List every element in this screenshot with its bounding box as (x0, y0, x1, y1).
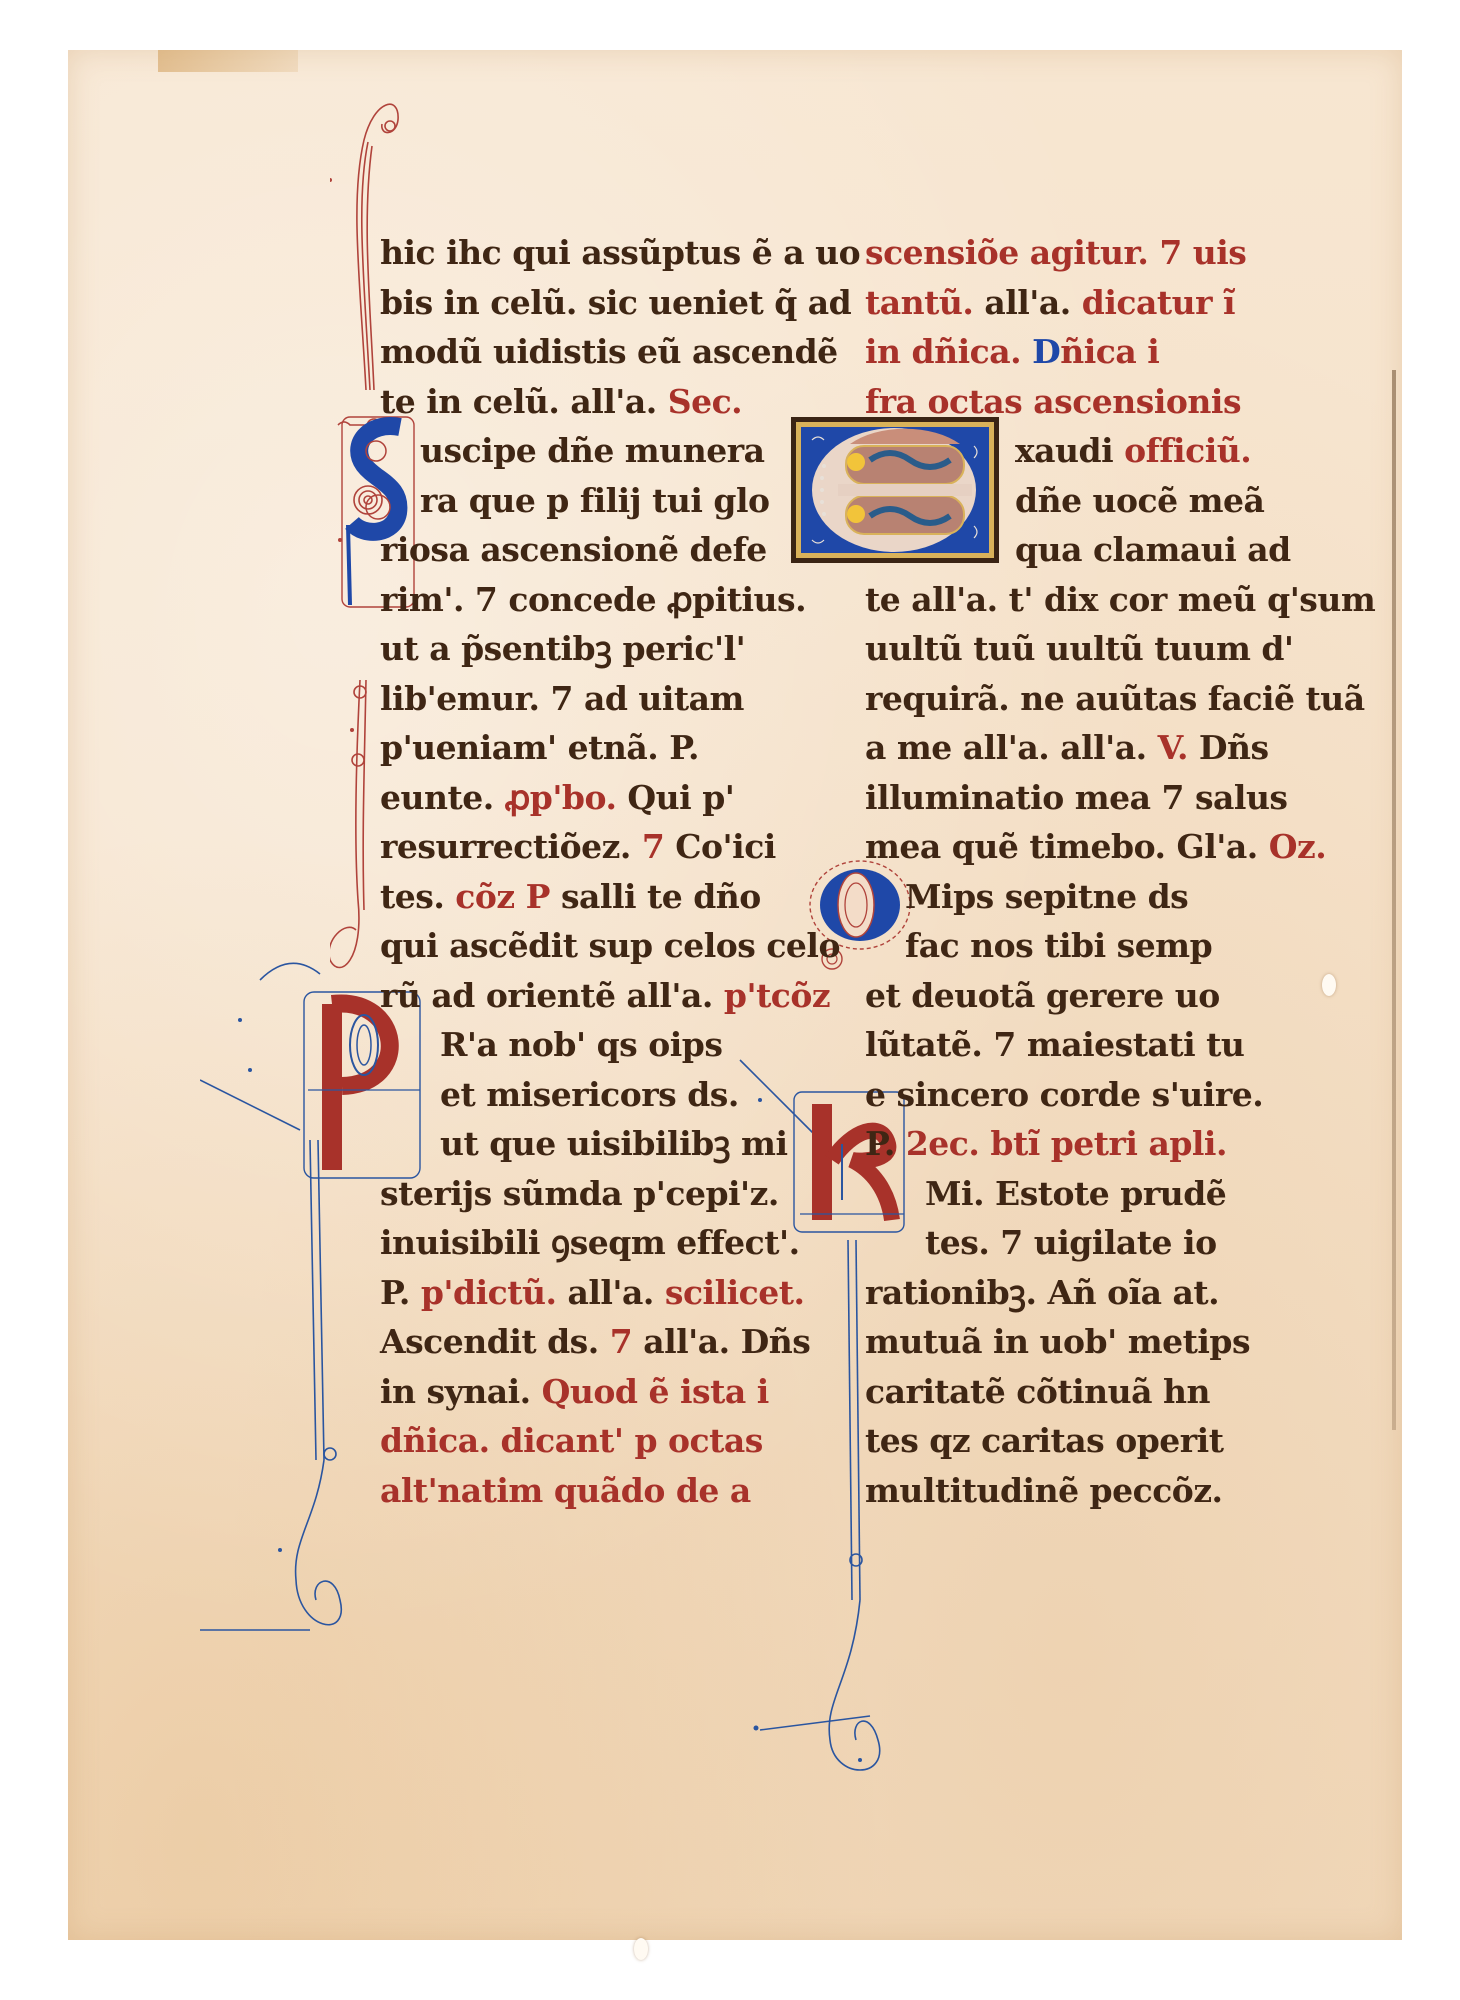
text-line: caritatẽ cõtinuã hn (865, 1367, 1285, 1417)
text-segment: Sec. (668, 382, 742, 421)
text-segment: uscipe dñe munera (420, 431, 764, 470)
text-line: resurrectiõez. 7 Co'ici (380, 822, 800, 872)
text-segment: riosa ascensionẽ defe (380, 530, 767, 569)
text-line: ra que p filij tui glo (380, 476, 800, 526)
text-line: rim'. 7 concede ꝓpitius. (380, 575, 800, 625)
edge-stain (158, 50, 298, 72)
text-segment: all'a. (556, 1273, 664, 1312)
text-segment: caritatẽ cõtinuã hn (865, 1372, 1210, 1411)
text-line: mutuã in uob' metips (865, 1317, 1285, 1367)
text-line: requirã. ne auũtas faciẽ tuã (865, 674, 1285, 724)
text-line: p'ueniam' etnã. P. (380, 723, 800, 773)
text-segment: mea quẽ timebo. Gl'a. (865, 827, 1269, 866)
right-column: scensiõe agitur. 7 uistantũ. all'a. dica… (865, 228, 1285, 1515)
text-line: et deuotã gerere uo (865, 971, 1285, 1021)
text-segment: te all'a. t' dix cor meũ q'sum (865, 580, 1375, 619)
text-segment: Ascendit ds. (380, 1322, 610, 1361)
text-segment: a me all'a. all'a. (865, 728, 1158, 767)
text-segment: resurrectiõez. (380, 827, 642, 866)
text-segment: tes qz caritas operit (865, 1421, 1223, 1460)
text-line: scensiõe agitur. 7 uis (865, 228, 1285, 278)
text-segment: P. (380, 1273, 421, 1312)
text-segment: P. (669, 728, 699, 767)
text-line: qui ascẽdit sup celos celo (380, 921, 800, 971)
text-line: ut a p̃sentibꝫ peric'l' (380, 624, 800, 674)
text-line: uscipe dñe munera (380, 426, 800, 476)
text-segment: lib'emur. 7 ad uitam (380, 679, 744, 718)
text-line: xaudi officiũ. (865, 426, 1285, 476)
text-line: fac nos tibi semp (865, 921, 1285, 971)
text-line: multitudinẽ peccõz. (865, 1466, 1285, 1516)
text-segment: qui ascẽdit sup celos celo (380, 926, 840, 965)
text-segment: dñica. dicant' p octas (380, 1421, 763, 1460)
text-segment: V. (1158, 728, 1188, 767)
text-segment: p'ueniam' etnã. (380, 728, 669, 767)
text-segment: mutuã in uob' metips (865, 1322, 1250, 1361)
text-line: mea quẽ timebo. Gl'a. Oz. (865, 822, 1285, 872)
text-segment: hic ihc qui assũptus ẽ a uo (380, 233, 860, 272)
text-segment: ñica i (1060, 332, 1159, 371)
parchment-hole (634, 1938, 648, 1960)
text-segment: P. (865, 1124, 906, 1163)
text-segment: tes. (380, 877, 455, 916)
text-segment: qua clamaui ad (1015, 530, 1291, 569)
text-segment: rationibꝫ. Añ oĩa at. (865, 1273, 1219, 1312)
text-line: P. p'dictũ. all'a. scilicet. (380, 1268, 800, 1318)
text-segment: eunte. (380, 778, 505, 817)
text-segment: Qui p' (616, 778, 734, 817)
text-segment: illuminatio mea 7 salus (865, 778, 1288, 817)
text-segment: te in celũ. all'a. (380, 382, 668, 421)
text-line: lib'emur. 7 ad uitam (380, 674, 800, 724)
text-segment: all'a. (984, 283, 1070, 322)
text-segment: dñe uocẽ meã (1015, 481, 1264, 520)
text-line: tes. cõz P salli te dño (380, 872, 800, 922)
text-segment: dicatur ĩ (1071, 283, 1235, 322)
text-segment: in dñica. (865, 332, 1032, 371)
text-line: P. 2ec. btĩ petri apli. (865, 1119, 1285, 1169)
text-segment: requirã. ne auũtas faciẽ tuã (865, 679, 1365, 718)
text-segment: Mips sepitne ds (905, 877, 1188, 916)
text-segment: p'dictũ. (421, 1273, 557, 1312)
text-segment: alt'natim quãdo de a (380, 1471, 751, 1510)
text-segment: officiũ. (1124, 431, 1251, 470)
text-segment: tes. 7 uigilate io (925, 1223, 1217, 1262)
text-line: a me all'a. all'a. V. Dñs (865, 723, 1285, 773)
text-line: R'a nob' qs oips (380, 1020, 800, 1070)
text-line: tes qz caritas operit (865, 1416, 1285, 1466)
text-line: in synai. Quod ẽ ista i (380, 1367, 800, 1417)
text-segment: D (1032, 332, 1060, 371)
text-line: hic ihc qui assũptus ẽ a uo (380, 228, 800, 278)
text-segment: salli te dño (550, 877, 761, 916)
text-line: e sincero corde s'uire. (865, 1070, 1285, 1120)
text-line: fra octas ascensionis (865, 377, 1285, 427)
text-line: Mips sepitne ds (865, 872, 1285, 922)
text-segment: multitudinẽ peccõz. (865, 1471, 1223, 1510)
text-line: Ascendit ds. 7 all'a. Dñs (380, 1317, 800, 1367)
text-line: modũ uidistis eũ ascendẽ (380, 327, 800, 377)
text-segment: 7 (610, 1322, 632, 1361)
text-segment: bis in celũ. sic ueniet q̃ ad (380, 283, 851, 322)
text-segment: scensiõe agitur. 7 uis (865, 233, 1246, 272)
text-segment: ut que uisibilibꝫ mi (440, 1124, 787, 1163)
text-segment: cõz P (455, 877, 550, 916)
text-line: te in celũ. all'a. Sec. (380, 377, 800, 427)
text-segment: p'tcõz (724, 976, 830, 1015)
text-segment: modũ uidistis eũ ascendẽ (380, 332, 838, 371)
text-line: et misericors ds. (380, 1070, 800, 1120)
text-segment: R'a nob' qs oips (440, 1025, 722, 1064)
text-segment: ꝓp'bo. (505, 778, 617, 817)
text-line: inuisibili ꝯseqm effect'. (380, 1218, 800, 1268)
text-line: in dñica. Dñica i (865, 327, 1285, 377)
text-segment: fac nos tibi semp (905, 926, 1212, 965)
parchment-hole (1322, 974, 1336, 996)
text-line: rationibꝫ. Añ oĩa at. (865, 1268, 1285, 1318)
text-segment: scilicet. (665, 1273, 805, 1312)
text-segment: Dñs (1188, 728, 1269, 767)
text-line: riosa ascensionẽ defe (380, 525, 800, 575)
text-segment: rim'. 7 concede ꝓpitius. (380, 580, 806, 619)
text-segment: 2ec. btĩ petri apli. (906, 1124, 1227, 1163)
text-line: bis in celũ. sic ueniet q̃ ad (380, 278, 800, 328)
text-segment: in synai. (380, 1372, 542, 1411)
text-segment: lũtatẽ. 7 maiestati tu (865, 1025, 1244, 1064)
text-segment: ra que p filij tui glo (420, 481, 770, 520)
text-segment: Mi. Estote prudẽ (925, 1174, 1226, 1213)
text-line: alt'natim quãdo de a (380, 1466, 800, 1516)
left-column: hic ihc qui assũptus ẽ a uobis in celũ. … (380, 228, 800, 1515)
text-segment: Quod ẽ ista i (542, 1372, 769, 1411)
text-line: ut que uisibilibꝫ mi (380, 1119, 800, 1169)
text-segment: Oz. (1269, 827, 1326, 866)
text-segment: all'a. Dñs (632, 1322, 810, 1361)
text-segment: et misericors ds. (440, 1075, 739, 1114)
text-segment: sterijs sũmda p'cepi'z. (380, 1174, 779, 1213)
text-line: Mi. Estote prudẽ (865, 1169, 1285, 1219)
text-line: qua clamaui ad (865, 525, 1285, 575)
text-segment: uultũ tuũ uultũ tuum d' (865, 629, 1294, 668)
text-segment: ut a p̃sentibꝫ peric'l' (380, 629, 745, 668)
text-line: uultũ tuũ uultũ tuum d' (865, 624, 1285, 674)
text-line: illuminatio mea 7 salus (865, 773, 1285, 823)
text-line: dñe uocẽ meã (865, 476, 1285, 526)
text-segment: Co'ici (664, 827, 776, 866)
text-segment: et deuotã gerere uo (865, 976, 1220, 1015)
text-segment: tantũ. (865, 283, 984, 322)
text-line: te all'a. t' dix cor meũ q'sum (865, 575, 1285, 625)
text-segment: inuisibili ꝯseqm effect'. (380, 1223, 800, 1262)
text-segment: rũ ad orientẽ all'a. (380, 976, 724, 1015)
text-line: eunte. ꝓp'bo. Qui p' (380, 773, 800, 823)
text-segment: fra octas ascensionis (865, 382, 1241, 421)
text-segment: 7 (642, 827, 664, 866)
text-segment: xaudi (1015, 431, 1124, 470)
text-segment: e sincero corde s'uire. (865, 1075, 1263, 1114)
text-line: rũ ad orientẽ all'a. p'tcõz (380, 971, 800, 1021)
text-line: tes. 7 uigilate io (865, 1218, 1285, 1268)
text-line: lũtatẽ. 7 maiestati tu (865, 1020, 1285, 1070)
text-line: tantũ. all'a. dicatur ĩ (865, 278, 1285, 328)
text-line: dñica. dicant' p octas (380, 1416, 800, 1466)
text-line: sterijs sũmda p'cepi'z. (380, 1169, 800, 1219)
